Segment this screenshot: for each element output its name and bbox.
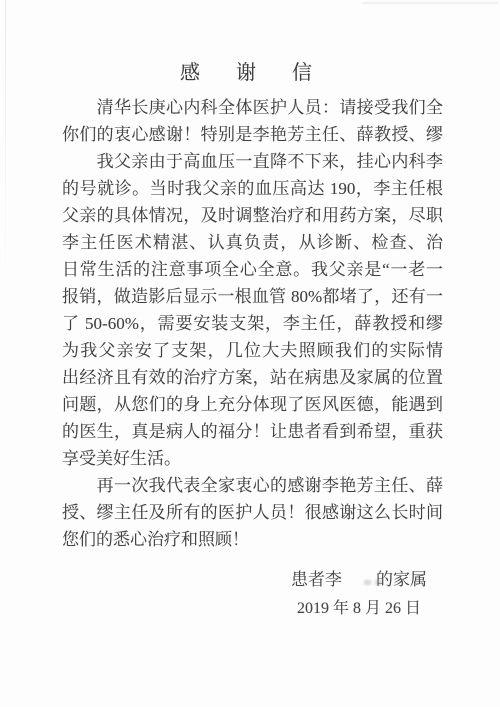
scanned-letter-page: 感 谢 信 清华长庚心内科全体医护人员：请接受我们全家对 你们的衷心感谢！特别是…: [0, 0, 500, 707]
letter-line: 出经济且有效的治疗方案，站在病患及家属的位置考虑: [62, 364, 443, 391]
letter-line: 报销，做造影后显示一根血管 80%都堵了，还有一处堵: [62, 283, 443, 310]
letter-line: 日常生活的注意事项全心全意。我父亲是“一老一小”: [62, 256, 443, 283]
scan-edge-artifact: [5, 0, 6, 300]
letter-line: 你们的衷心感谢！特别是李艳芳主任、薛教授、缪主任。: [62, 121, 443, 148]
letter-line: 的号就诊。当时我父亲的血压高达 190，李主任根据我: [62, 175, 443, 202]
letter-line: 再一次我代表全家衷心的感谢李艳芳主任、薛教: [62, 472, 443, 499]
letter-body: 清华长庚心内科全体医护人员：请接受我们全家对 你们的衷心感谢！特别是李艳芳主任、…: [62, 94, 443, 553]
letter-title: 感 谢 信: [0, 58, 500, 88]
letter-line: 父亲的具体情况，及时调整治疗和用药方案，尽职尽责。: [62, 202, 443, 229]
date-line: 2019 年 8 月 26 日: [291, 596, 427, 621]
signature-line: 患者李 的家属: [291, 566, 427, 593]
letter-line: 问题，从您们的身上充分体现了医风医德，能遇到这样: [62, 391, 443, 418]
letter-line: 我父亲由于高血压一直降不下来，挂心内科李主任: [62, 148, 443, 175]
letter-line: 您们的悉心治疗和照顾！: [62, 526, 443, 553]
letter-line: 了 50-60%，需要安装支架，李主任，薛教授和缪主任: [62, 310, 443, 337]
letter-line: 李主任医术精湛、认真负责，从诊断、检查、治疗、到: [62, 229, 443, 256]
letter-line: 享受美好生活。: [62, 445, 443, 472]
letter-line: 授、缪主任及所有的医护人员！很感谢这么长时间以来，: [62, 499, 443, 526]
letter-line: 的医生，真是病人的福分！让患者看到希望，重获新生，: [62, 418, 443, 445]
letter-line: 清华长庚心内科全体医护人员：请接受我们全家对: [62, 94, 443, 121]
signature-block: 患者李 的家属 2019 年 8 月 26 日: [291, 566, 427, 621]
letter-line: 为我父亲安了支架，几位大夫照顾我们的实际情况，拿: [62, 337, 443, 364]
scan-smudge-artifact: [363, 2, 498, 4]
